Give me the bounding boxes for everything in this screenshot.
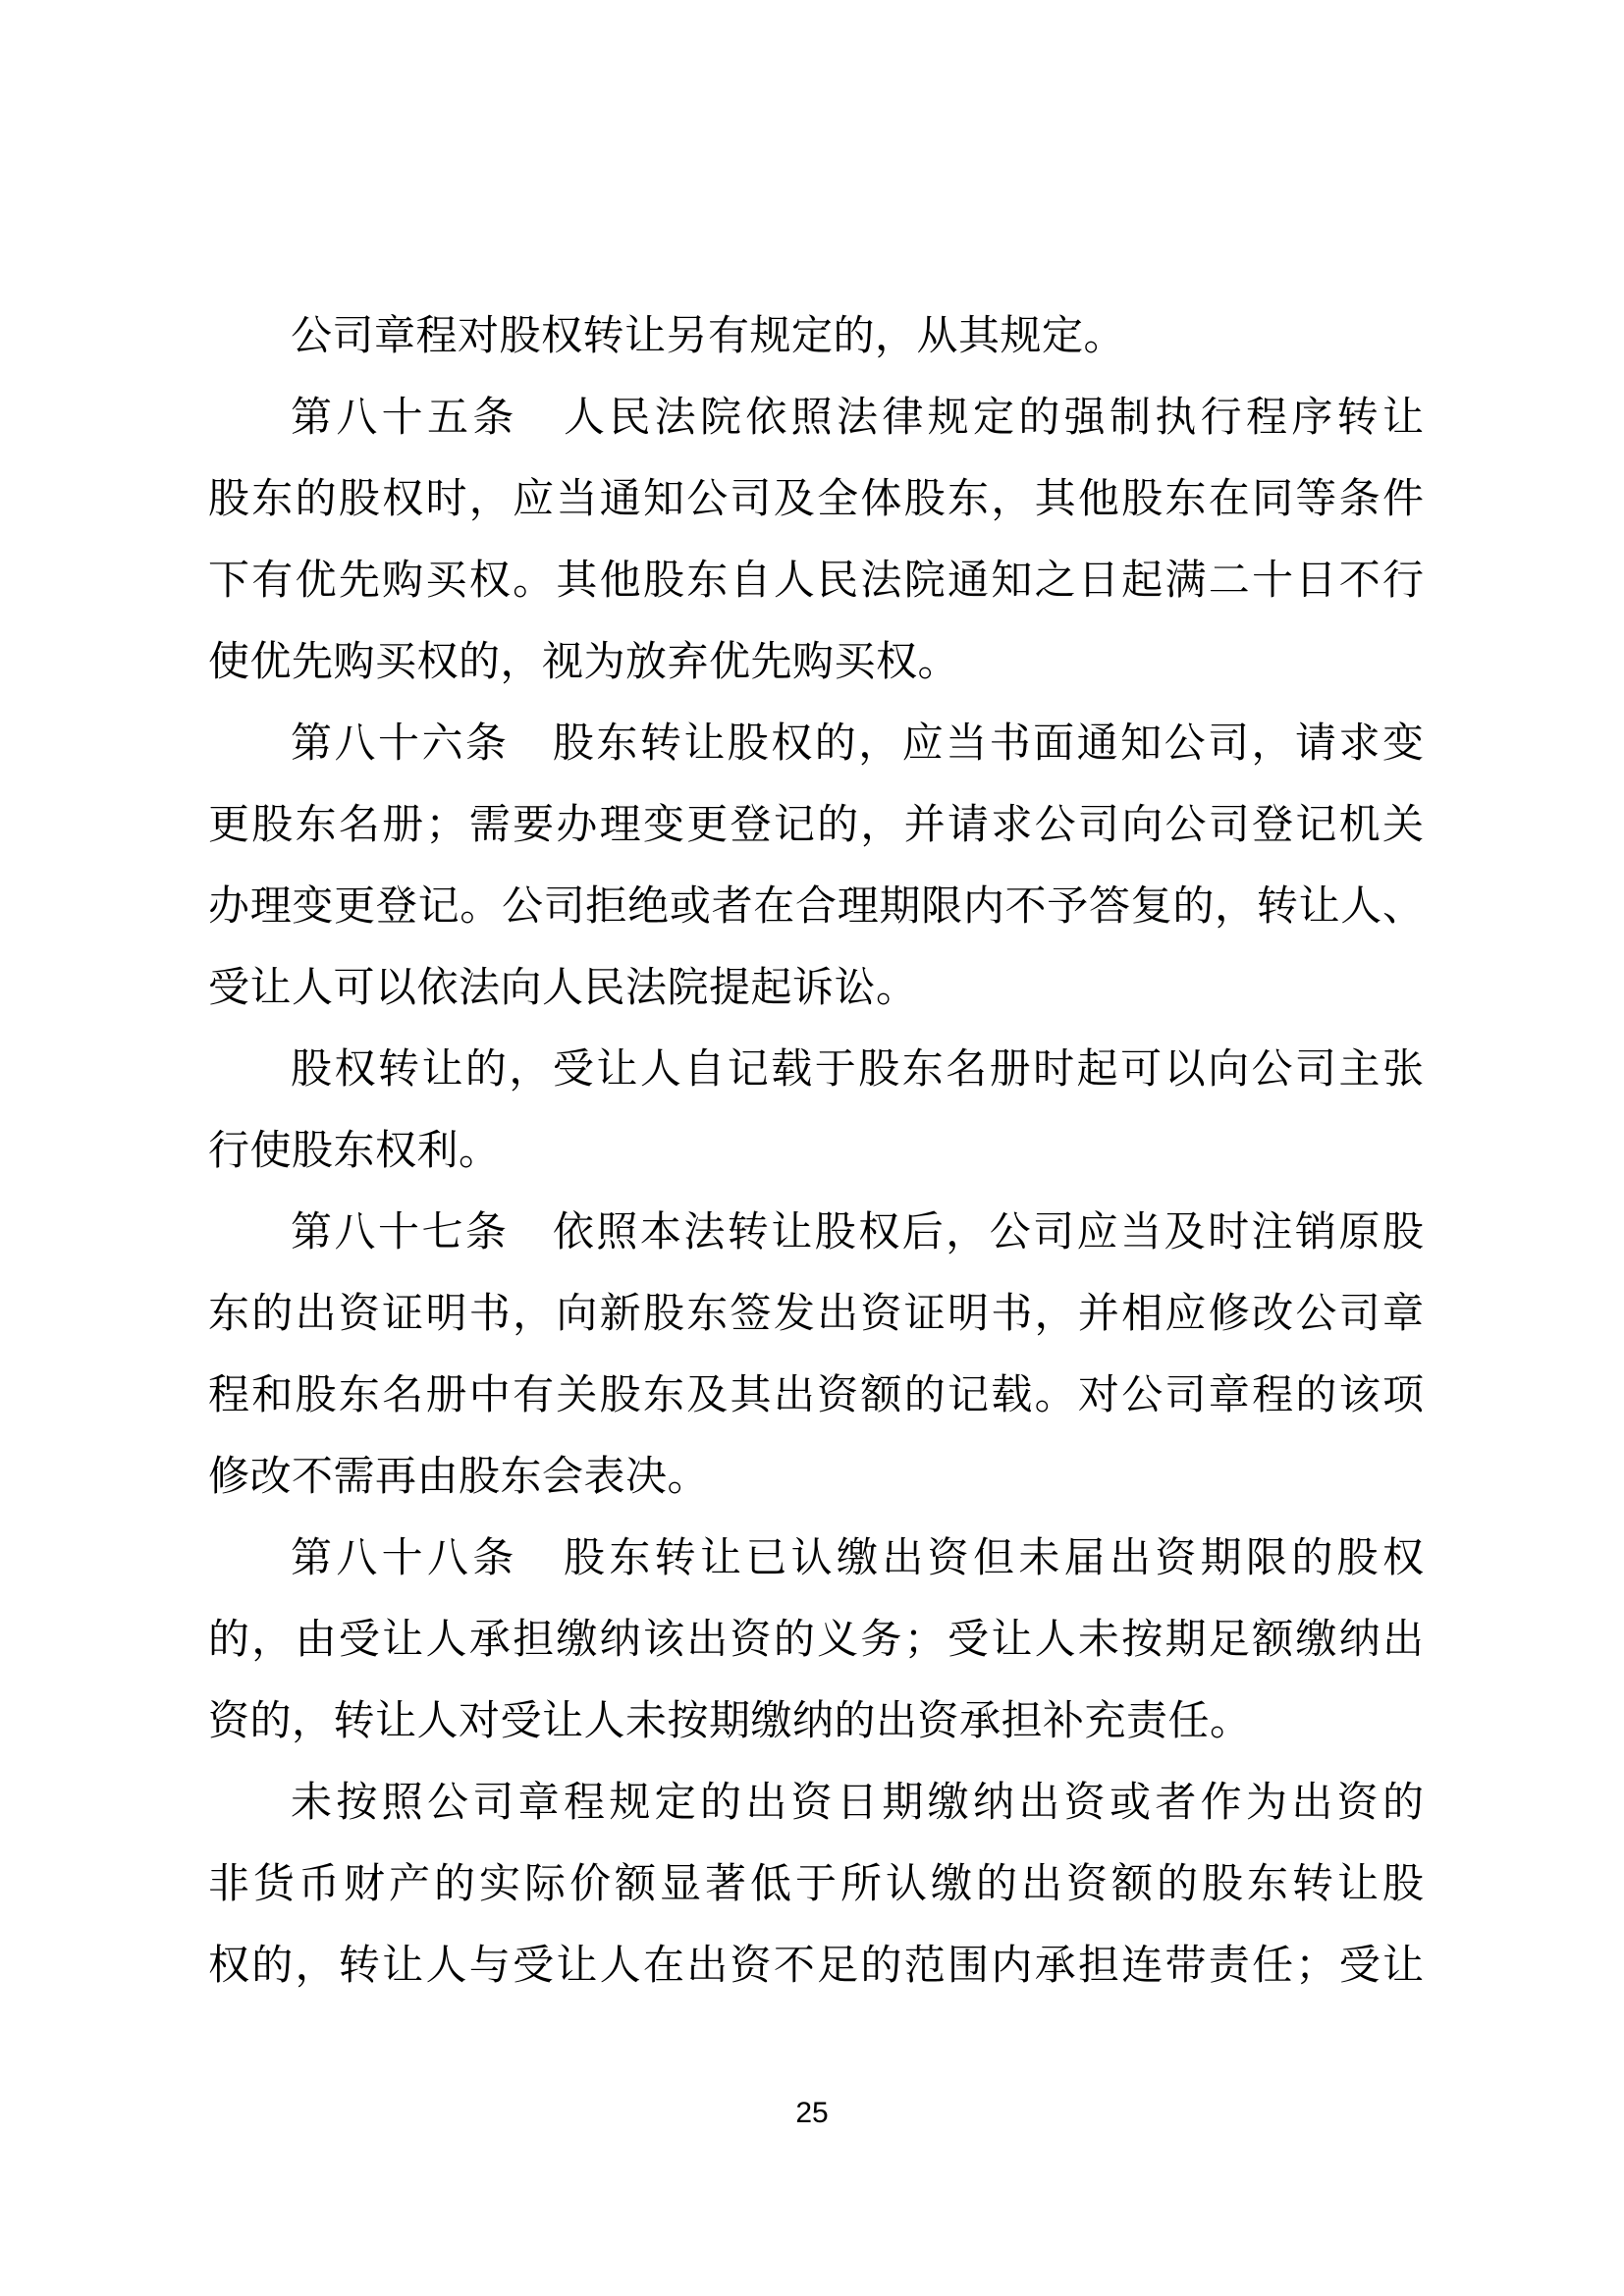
text-line: 非货币财产的实际价额显著低于所认缴的出资额的股东转让股 <box>208 1844 1424 1926</box>
document-body: 公司章程对股权转让另有规定的，从其规定。第八十五条 人民法院依照法律规定的强制执… <box>208 296 1424 2007</box>
text-line: 办理变更登记。公司拒绝或者在合理期限内不予答复的，转让人、 <box>208 867 1424 948</box>
text-line: 使优先购买权的，视为放弃优先购买权。 <box>208 622 1424 704</box>
page-number: 25 <box>0 2097 1624 2130</box>
text-line: 东的出资证明书，向新股东签发出资证明书，并相应修改公司章 <box>208 1274 1424 1356</box>
text-line: 行使股东权利。 <box>208 1111 1424 1193</box>
text-line: 未按照公司章程规定的出资日期缴纳出资或者作为出资的 <box>208 1763 1424 1844</box>
text-line: 股东的股权时，应当通知公司及全体股东，其他股东在同等条件 <box>208 459 1424 541</box>
text-line: 的，由受让人承担缴纳该出资的义务；受让人未按期足额缴纳出 <box>208 1600 1424 1682</box>
text-line: 权的，转让人与受让人在出资不足的范围内承担连带责任；受让 <box>208 1926 1424 2007</box>
text-line: 程和股东名册中有关股东及其出资额的记载。对公司章程的该项 <box>208 1356 1424 1437</box>
text-line: 修改不需再由股东会表决。 <box>208 1437 1424 1519</box>
document-page: 公司章程对股权转让另有规定的，从其规定。第八十五条 人民法院依照法律规定的强制执… <box>0 0 1624 2296</box>
text-line: 下有优先购买权。其他股东自人民法院通知之日起满二十日不行 <box>208 541 1424 622</box>
text-line: 受让人可以依法向人民法院提起诉讼。 <box>208 948 1424 1030</box>
text-line: 股权转让的，受让人自记载于股东名册时起可以向公司主张 <box>208 1030 1424 1111</box>
text-line: 公司章程对股权转让另有规定的，从其规定。 <box>208 296 1424 378</box>
text-line: 第八十八条 股东转让已认缴出资但未届出资期限的股权 <box>208 1519 1424 1600</box>
text-line: 第八十七条 依照本法转让股权后，公司应当及时注销原股 <box>208 1193 1424 1274</box>
text-line: 第八十六条 股东转让股权的，应当书面通知公司，请求变 <box>208 704 1424 785</box>
text-line: 第八十五条 人民法院依照法律规定的强制执行程序转让 <box>208 378 1424 459</box>
text-line: 资的，转让人对受让人未按期缴纳的出资承担补充责任。 <box>208 1682 1424 1763</box>
text-line: 更股东名册；需要办理变更登记的，并请求公司向公司登记机关 <box>208 785 1424 867</box>
